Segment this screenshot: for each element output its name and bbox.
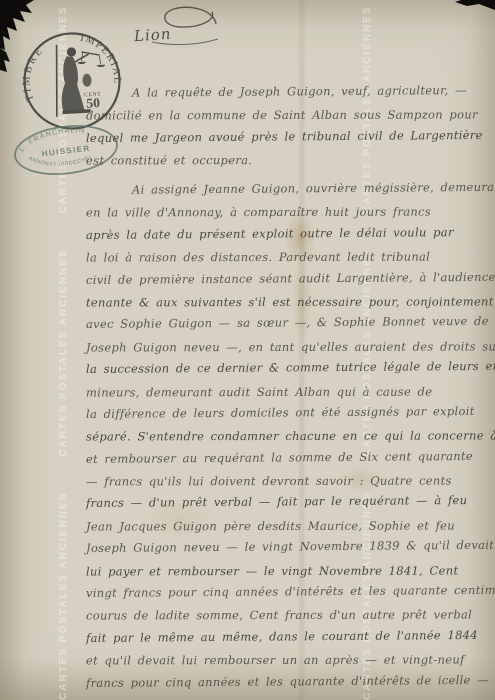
scales-pan	[78, 62, 87, 65]
spear	[53, 45, 60, 117]
watermark-text: CARTES POSTALES ANCIENNES	[58, 492, 69, 700]
handwriting-line: après la date du présent exploit outre l…	[86, 221, 495, 247]
huissier-stamp-title: HUISSIER	[41, 144, 91, 159]
handwriting-line: est constitué et occupera.	[86, 149, 495, 172]
handwriting-line: A la requête de Joseph Guigon, veuf, agr…	[86, 79, 495, 105]
handwriting-line: francs pour cinq années et les quarante …	[86, 668, 495, 694]
watermark-text: CARTES POSTALES ANCIENNES	[58, 249, 69, 457]
handwriting-line: lequel me Jargeon avoué près le tribunal…	[86, 124, 495, 150]
flourish-word: Lion	[133, 25, 172, 46]
torn-corner-top-right	[449, 0, 495, 12]
manuscript-paragraph-2: Ai assigné Jeanne Guigon, ouvrière mégis…	[86, 179, 495, 694]
handwriting-line: Joseph Guigon neveu — le vingt Novembre …	[86, 534, 495, 560]
handwriting-line: vingt francs pour cinq années d'intérêts…	[86, 579, 495, 605]
manuscript-paragraph-1: A la requête de Joseph Guigon, veuf, agr…	[86, 82, 495, 172]
handwriting-line: fait par le même au même, dans le couran…	[86, 624, 495, 650]
handwriting-line: Ai assigné Jeanne Guigon, ouvrière mégis…	[86, 176, 495, 202]
scales-pan	[97, 65, 106, 68]
torn-edge-left	[0, 48, 14, 74]
document-scan: CARTES POSTALES ANCIENNES CARTES POSTALE…	[0, 0, 495, 700]
handwriting-line: civil de première instance séant audit L…	[86, 265, 495, 291]
handwriting-line: la succession de ce dernier & comme tutr…	[86, 355, 495, 381]
scales-beam	[81, 51, 99, 56]
handwriting-line: avec Sophie Guigon — sa sœur —, & Sophie…	[86, 310, 495, 336]
handwriting-line: francs — d'un prêt verbal — fait par le …	[86, 489, 495, 515]
handwriting-line: et rembourser au requérant la somme de S…	[86, 444, 495, 470]
ink-flourish: Lion	[118, 2, 268, 52]
handwriting-line: la différence de leurs domiciles ont été…	[86, 400, 495, 426]
